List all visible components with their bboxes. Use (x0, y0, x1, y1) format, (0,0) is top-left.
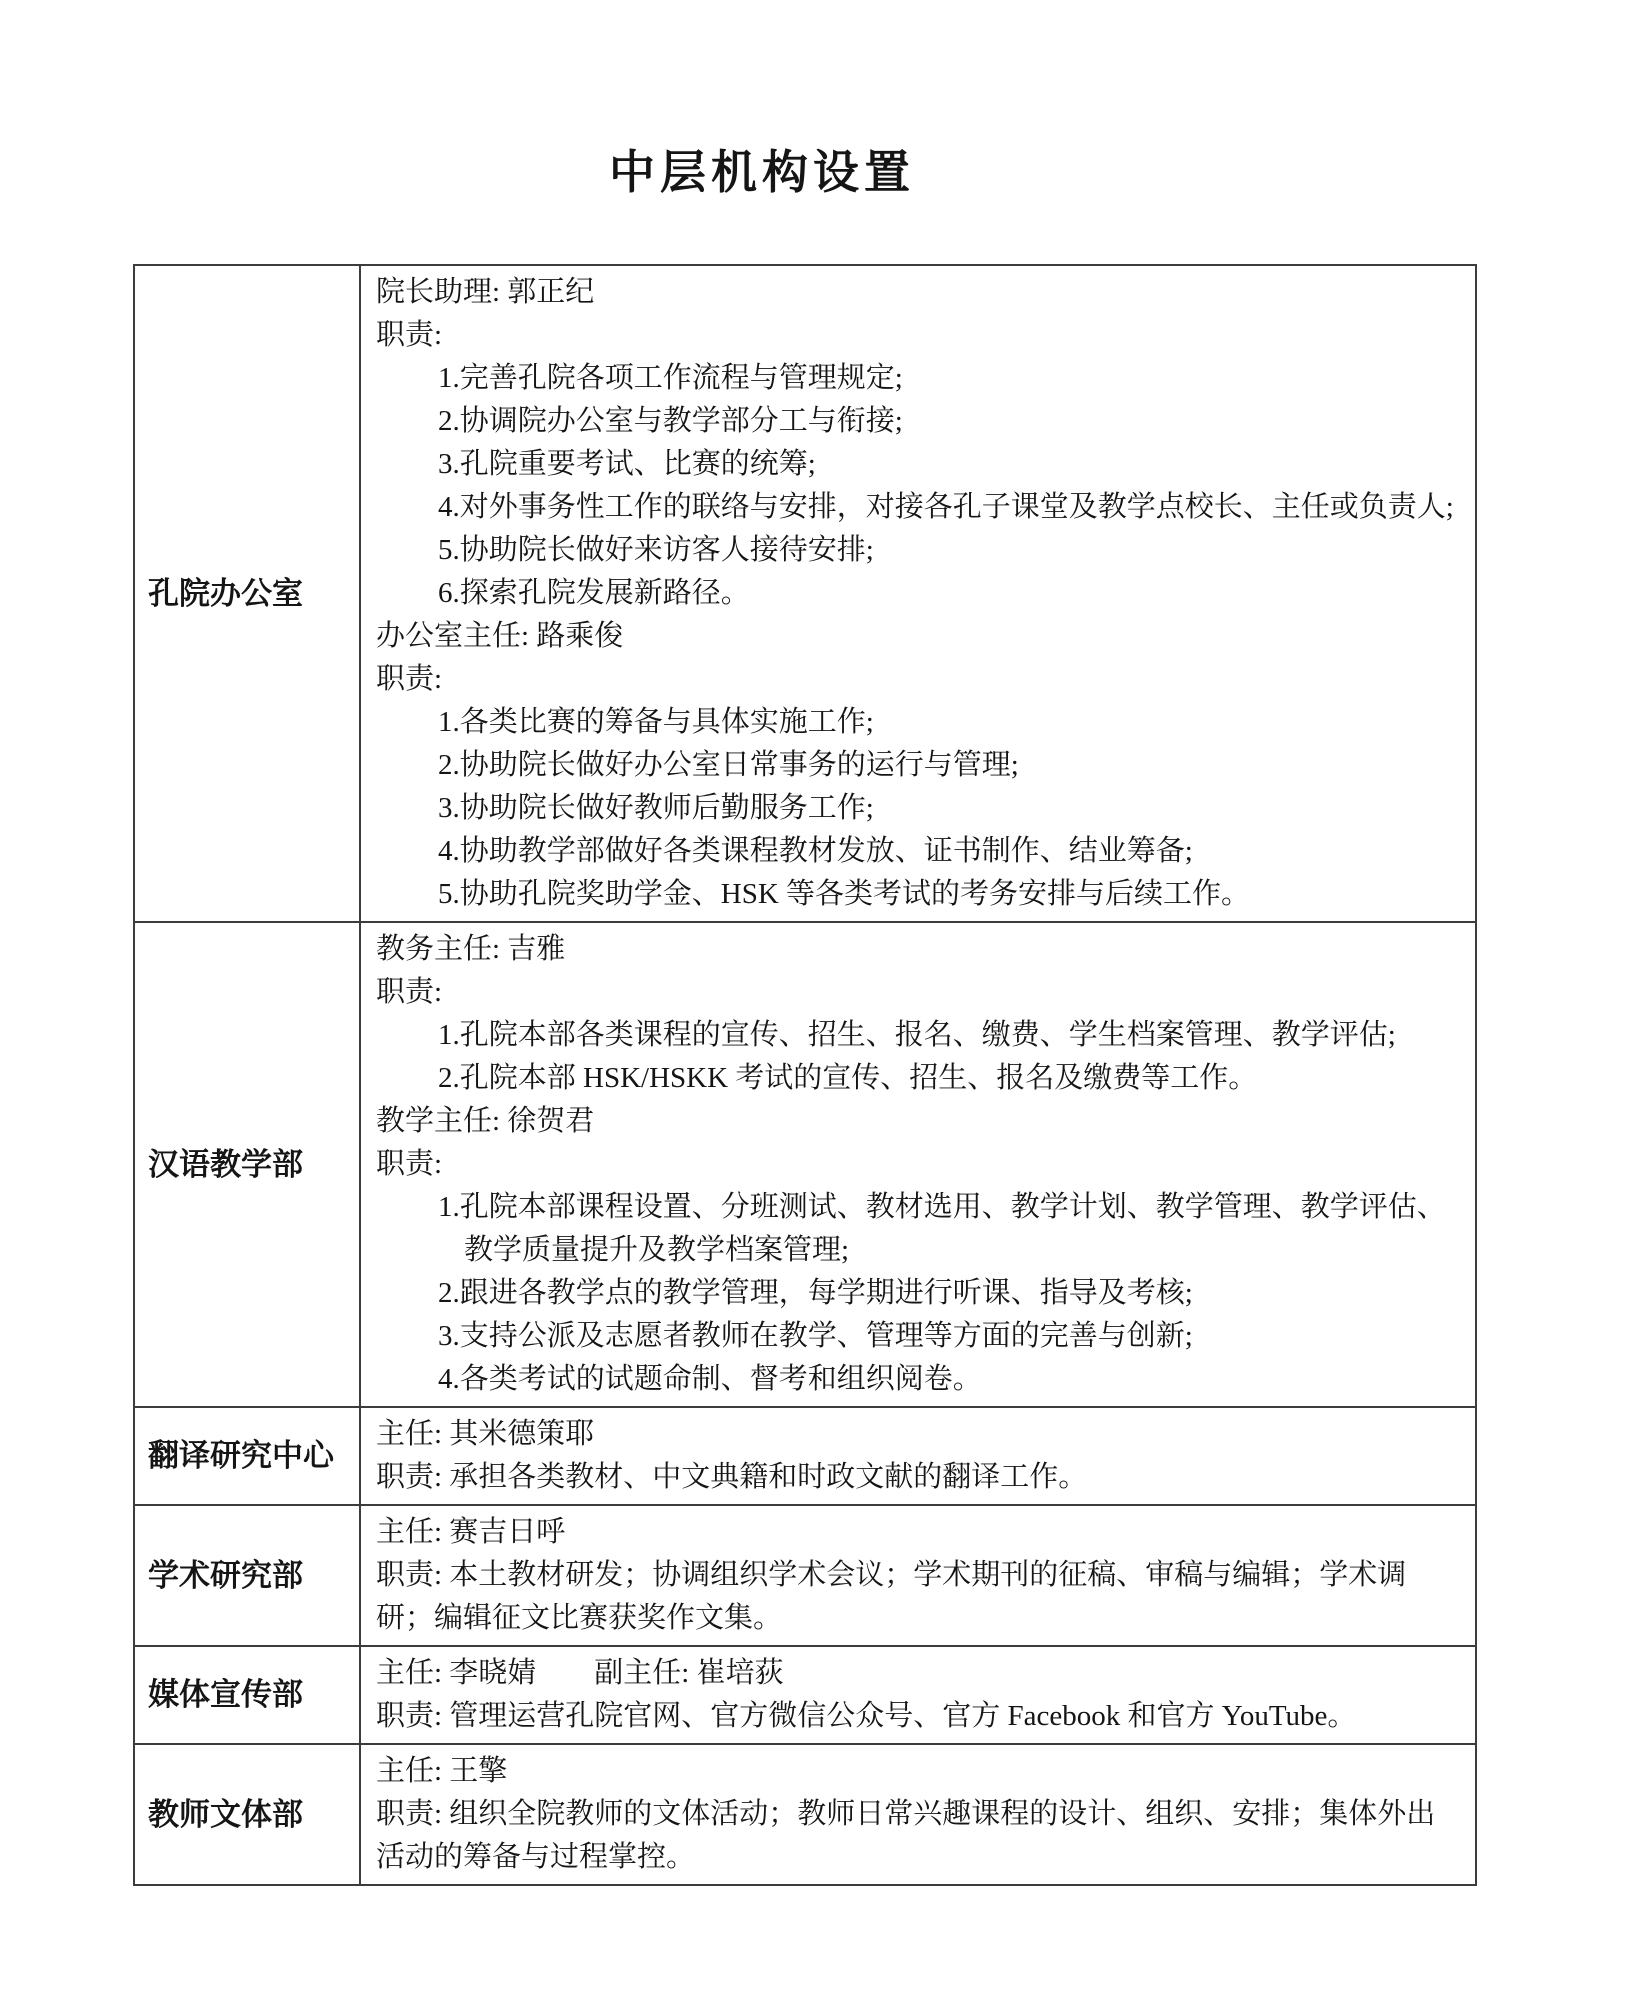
content-cell: 教务主任: 吉雅职责:1.孔院本部各类课程的宣传、招生、报名、缴费、学生档案管理… (360, 922, 1476, 1407)
duty-item: 3.孔院重要考试、比赛的统筹; (376, 443, 1463, 486)
department-cell: 汉语教学部 (134, 922, 360, 1407)
content-cell: 主任: 王擎职责: 组织全院教师的文体活动；教师日常兴趣课程的设计、组织、安排；… (360, 1744, 1476, 1885)
table-row: 孔院办公室 院长助理: 郭正纪职责:1.完善孔院各项工作流程与管理规定;2.协调… (134, 265, 1476, 922)
content-line: 职责: (376, 1143, 1463, 1186)
duty-item: 2.跟进各教学点的教学管理，每学期进行听课、指导及考核; (376, 1272, 1463, 1315)
org-structure-table: 孔院办公室 院长助理: 郭正纪职责:1.完善孔院各项工作流程与管理规定;2.协调… (133, 264, 1477, 1886)
page-title: 中层机构设置 (90, 136, 1434, 202)
duty-item: 3.协助院长做好教师后勤服务工作; (376, 787, 1463, 830)
duty-item: 4.各类考试的试题命制、督考和组织阅卷。 (376, 1358, 1463, 1401)
duty-item: 3.支持公派及志愿者教师在教学、管理等方面的完善与创新; (376, 1315, 1463, 1358)
duty-item: 2.孔院本部 HSK/HSKK 考试的宣传、招生、报名及缴费等工作。 (376, 1057, 1463, 1100)
duty-item: 1.孔院本部各类课程的宣传、招生、报名、缴费、学生档案管理、教学评估; (376, 1014, 1463, 1057)
content-line: 主任: 王擎 (376, 1750, 1463, 1793)
table-row: 汉语教学部 教务主任: 吉雅职责:1.孔院本部各类课程的宣传、招生、报名、缴费、… (134, 922, 1476, 1407)
content-cell: 主任: 赛吉日呼职责: 本土教材研发；协调组织学术会议；学术期刊的征稿、审稿与编… (360, 1505, 1476, 1646)
document-page: 中层机构设置 孔院办公室 院长助理: 郭正纪职责:1.完善孔院各项工作流程与管理… (0, 0, 1635, 2000)
content-line: 职责: 管理运营孔院官网、官方微信公众号、官方 Facebook 和官方 You… (376, 1695, 1463, 1738)
content-line: 教学主任: 徐贺君 (376, 1100, 1463, 1143)
content-line: 主任: 李晓婧 副主任: 崔培荻 (376, 1652, 1463, 1695)
duty-item: 1.各类比赛的筹备与具体实施工作; (376, 701, 1463, 744)
table-row: 教师文体部 主任: 王擎职责: 组织全院教师的文体活动；教师日常兴趣课程的设计、… (134, 1744, 1476, 1885)
content-line: 职责: (376, 971, 1463, 1014)
duty-item: 4.协助教学部做好各类课程教材发放、证书制作、结业筹备; (376, 830, 1463, 873)
content-cell: 院长助理: 郭正纪职责:1.完善孔院各项工作流程与管理规定;2.协调院办公室与教… (360, 265, 1476, 922)
department-cell: 教师文体部 (134, 1744, 360, 1885)
duty-item: 5.协助孔院奖助学金、HSK 等各类考试的考务安排与后续工作。 (376, 873, 1463, 916)
duty-item: 4.对外事务性工作的联络与安排，对接各孔子课堂及教学点校长、主任或负责人; (376, 486, 1463, 529)
department-cell: 媒体宣传部 (134, 1646, 360, 1744)
duty-item: 5.协助院长做好来访客人接待安排; (376, 529, 1463, 572)
content-line: 职责: (376, 658, 1463, 701)
department-cell: 翻译研究中心 (134, 1407, 360, 1505)
duty-item: 2.协助院长做好办公室日常事务的运行与管理; (376, 744, 1463, 787)
duty-item: 1.完善孔院各项工作流程与管理规定; (376, 357, 1463, 400)
content-cell: 主任: 其米德策耶职责: 承担各类教材、中文典籍和时政文献的翻译工作。 (360, 1407, 1476, 1505)
department-cell: 孔院办公室 (134, 265, 360, 922)
content-line: 教务主任: 吉雅 (376, 928, 1463, 971)
duty-item: 2.协调院办公室与教学部分工与衔接; (376, 400, 1463, 443)
table-row: 媒体宣传部 主任: 李晓婧 副主任: 崔培荻职责: 管理运营孔院官网、官方微信公… (134, 1646, 1476, 1744)
content-line: 职责: (376, 314, 1463, 357)
duty-item: 6.探索孔院发展新路径。 (376, 572, 1463, 615)
content-line: 主任: 其米德策耶 (376, 1413, 1463, 1456)
content-line: 职责: 组织全院教师的文体活动；教师日常兴趣课程的设计、组织、安排；集体外出活动… (376, 1793, 1463, 1879)
content-line: 办公室主任: 路乘俊 (376, 615, 1463, 658)
content-cell: 主任: 李晓婧 副主任: 崔培荻职责: 管理运营孔院官网、官方微信公众号、官方 … (360, 1646, 1476, 1744)
table-row: 学术研究部 主任: 赛吉日呼职责: 本土教材研发；协调组织学术会议；学术期刊的征… (134, 1505, 1476, 1646)
content-line: 职责: 承担各类教材、中文典籍和时政文献的翻译工作。 (376, 1456, 1463, 1499)
content-line: 职责: 本土教材研发；协调组织学术会议；学术期刊的征稿、审稿与编辑；学术调研；编… (376, 1554, 1463, 1640)
table-row: 翻译研究中心 主任: 其米德策耶职责: 承担各类教材、中文典籍和时政文献的翻译工… (134, 1407, 1476, 1505)
department-cell: 学术研究部 (134, 1505, 360, 1646)
duty-item: 1.孔院本部课程设置、分班测试、教材选用、教学计划、教学管理、教学评估、教学质量… (376, 1186, 1463, 1272)
content-line: 主任: 赛吉日呼 (376, 1511, 1463, 1554)
content-line: 院长助理: 郭正纪 (376, 271, 1463, 314)
